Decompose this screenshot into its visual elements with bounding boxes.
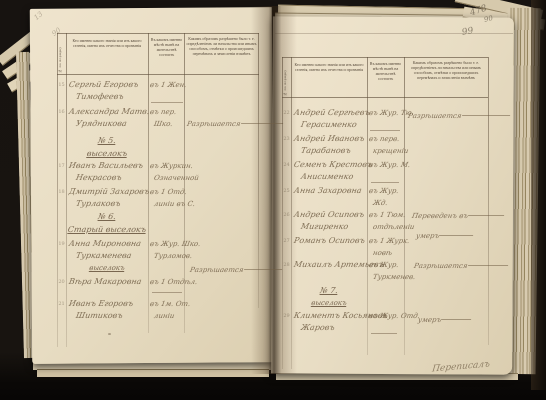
row-number: 23 xyxy=(282,136,291,142)
row-number: 29 xyxy=(282,313,291,319)
ink-speck xyxy=(108,333,111,335)
left-header-person: Кто именно какого званія или изъ какого … xyxy=(68,38,146,72)
entry-name-line1: Анна Мироновна xyxy=(68,239,142,248)
resolution-note: Переведенъ въ xyxy=(411,212,504,220)
row-number: 27 xyxy=(282,238,291,244)
entry-name-line1: Дмитрій Захаровъ xyxy=(68,187,150,196)
right-table-right-border xyxy=(488,57,489,345)
ink-flourish xyxy=(370,130,400,131)
entry-name-line1: Иванъ Васильевъ xyxy=(68,161,144,170)
ink-flourish xyxy=(152,292,182,293)
entry-place-line2: Шко. xyxy=(153,120,173,128)
entry-place-line1: въ Жур. xyxy=(368,261,399,269)
ledger-row: 24 Семенъ Крестовъ Анисименко въ Жур. М. xyxy=(282,160,488,187)
ink-flourish xyxy=(151,102,183,103)
entry-place-line1: въ 1 Жен. xyxy=(149,81,187,89)
resolution-note: Разрѣшается xyxy=(407,112,510,120)
right-table-header-border xyxy=(282,97,488,98)
row-number: 15 xyxy=(57,82,66,88)
row-number: 20 xyxy=(57,279,66,285)
section-heading: Старый выселокъ xyxy=(65,225,148,234)
row-number: 21 xyxy=(57,301,66,307)
entry-place-line1: въ 1м. От. xyxy=(149,300,191,308)
ink-flourish xyxy=(468,215,504,216)
folio-number-annotation: 99 xyxy=(461,26,474,38)
right-header-person: Кто именно какого званія или изъ какого … xyxy=(293,62,365,95)
entry-place-line1: въ Жур. xyxy=(368,187,399,195)
ink-flourish xyxy=(468,265,508,266)
section-heading: выселокъ xyxy=(65,264,148,272)
entry-place-line1: въ Жур. М. xyxy=(368,161,411,169)
left-header-place: Въ какомъ именно мѣстѣ нынѣ на жительств… xyxy=(150,37,183,72)
resolution-note-text: умеръ xyxy=(415,232,440,240)
entry-place-line2: линіи xyxy=(153,312,175,320)
entry-place-line2: крещеніи xyxy=(372,147,409,155)
ink-flourish xyxy=(371,182,399,183)
fore-edge-shadow xyxy=(531,0,546,390)
row-number: 24 xyxy=(282,162,291,168)
page-edge-bottom-left-2 xyxy=(37,369,269,377)
entry-name-line2: Анисименко xyxy=(300,172,354,181)
entry-name-line1: Вѣра Макаровна xyxy=(68,277,142,286)
entry-place-line2: линіи въ С. xyxy=(153,200,196,208)
entry-name-line1: Александра Матв. xyxy=(68,107,150,116)
ink-flourish xyxy=(371,333,397,334)
left-table-top-border xyxy=(57,33,259,34)
right-header-note: Какимъ образомъ разрѣшено было т. е. опр… xyxy=(406,60,486,96)
resolution-note-text: Разрѣшается xyxy=(189,266,244,274)
row-number: 25 xyxy=(282,188,291,194)
entry-place-line2: Турломов. xyxy=(153,252,193,260)
row-number: 19 xyxy=(57,241,66,247)
entry-name-line2: Герасименко xyxy=(300,120,357,129)
entry-place-line1: въ 1 Отд. xyxy=(149,188,187,196)
resolution-note-text: Разрѣшается xyxy=(186,120,241,128)
right-table-top-border xyxy=(282,57,488,58)
entry-name-line2: Мигиренко xyxy=(300,222,349,231)
ledger-row: 27 Романъ Осиповъ въ 1 Журк. новѣ xyxy=(282,236,488,263)
ink-flourish xyxy=(439,235,473,236)
entry-name-line1: Андрей Сергѣевъ xyxy=(293,108,370,117)
resolution-note-text: Переведенъ въ xyxy=(411,212,468,220)
ink-flourish xyxy=(241,123,283,124)
row-number: 18 xyxy=(57,189,66,195)
entry-place-line1: въ Жур. Отд. xyxy=(368,312,420,320)
row-number: 26 xyxy=(282,212,291,218)
entry-place-line2: отдѣленіи xyxy=(372,223,415,231)
entry-place-line1: въ 1 Тюм. xyxy=(368,211,406,219)
scanned-ledger-photo: № по порядку Кто именно какого званія ил… xyxy=(0,0,546,400)
right-header-index: № по порядку xyxy=(283,60,291,96)
row-number: 22 xyxy=(282,110,291,116)
entry-name-line2: Урядникова xyxy=(75,119,127,128)
entry-name-line2: Жаровъ xyxy=(300,323,335,332)
entry-place-line1: въ 1 Журк. xyxy=(368,237,410,245)
section-heading: выселокъ xyxy=(65,149,148,158)
ink-flourish xyxy=(462,115,510,116)
section-heading: № 7. xyxy=(290,286,367,295)
right-header-place: Въ какомъ именно мѣстѣ нынѣ на жительств… xyxy=(369,61,402,95)
resolution-note: Разрѣшается xyxy=(189,266,282,274)
entry-name-line1: Андрей Ивановъ xyxy=(293,134,365,143)
entry-name-line1: Семенъ Крестовъ xyxy=(293,160,373,169)
ledger-row: 17 Иванъ Васильевъ Некрасовъ въ Журкин. … xyxy=(57,161,259,188)
entry-name-line1: Анна Захаровна xyxy=(293,186,362,195)
section-heading: № 6. xyxy=(65,212,148,221)
entry-place-line2: Означенной xyxy=(153,174,199,182)
ledger-row: 25 Анна Захаровна въ Жур. Жд. xyxy=(282,186,488,213)
entry-name-line1: Романъ Осиповъ xyxy=(293,236,365,245)
resolution-note-text: Разрѣшается xyxy=(407,112,462,120)
row-number: 28 xyxy=(282,262,291,268)
left-header-index: № по порядку xyxy=(58,36,66,73)
ledger-row: 21 Иванъ Егоровъ Шитиковъ въ 1м. От. лин… xyxy=(57,299,259,326)
ink-flourish xyxy=(244,269,282,270)
resolution-note: Разрѣшается xyxy=(413,262,508,270)
resolution-note-text: умеръ xyxy=(417,316,442,324)
entry-place-line1: въ 1 Отдѣл. xyxy=(149,278,198,286)
entry-name-line2: Некрасовъ xyxy=(75,173,122,182)
entry-name-line1: Иванъ Егоровъ xyxy=(68,299,134,308)
entry-place-line1: въ Журкин. xyxy=(149,162,193,170)
resolution-note-text: Разрѣшается xyxy=(413,262,468,270)
ledger-row: 23 Андрей Ивановъ Тарабановъ въ перв. кр… xyxy=(282,134,488,161)
row-number: 16 xyxy=(57,109,66,115)
entry-name-line1: Сергѣй Егоровъ xyxy=(68,80,139,89)
entry-place-line2: Жд. xyxy=(372,199,388,207)
ledger-row: 15 Сергѣй Егоровъ Тимофеевъ въ 1 Жен. xyxy=(57,80,259,107)
section-heading: № 5. xyxy=(65,136,148,145)
entry-place-line2: Туркменев. xyxy=(372,273,416,281)
entry-name-line1: Андрей Осиповъ xyxy=(293,210,365,219)
left-table-header-border xyxy=(57,74,259,75)
entry-name-line2: Тимофеевъ xyxy=(75,92,124,101)
entry-name-line2: Туркаменева xyxy=(75,251,132,260)
resolution-note: умеръ xyxy=(415,232,474,240)
right-page-sheet-edge-line xyxy=(275,33,513,34)
entry-place-line1: въ перв. xyxy=(368,135,400,143)
ledger-row: 18 Дмитрій Захаровъ Турлаковъ въ 1 Отд. … xyxy=(57,187,259,214)
entry-name-line2: Тарабановъ xyxy=(300,146,351,155)
resolution-note: Разрѣшается xyxy=(186,120,283,128)
section-heading: выселокъ xyxy=(290,299,367,307)
resolution-note: умеръ xyxy=(417,316,472,324)
entry-place-line1: въ пер. xyxy=(149,108,177,116)
ledger-row: 19 Анна Мироновна Туркаменева въ Жур. Шк… xyxy=(57,239,259,266)
entry-name-line2: Шитиковъ xyxy=(75,311,123,320)
left-header-note: Какимъ образомъ разрѣшено было т. е. опр… xyxy=(186,36,257,73)
entry-place-line2: новѣ xyxy=(372,249,392,257)
row-number: 17 xyxy=(57,163,66,169)
entry-name-line2: Турлаковъ xyxy=(75,199,121,208)
entry-place-line1: въ Жур. Шко. xyxy=(149,240,201,248)
ink-flourish xyxy=(441,319,471,320)
